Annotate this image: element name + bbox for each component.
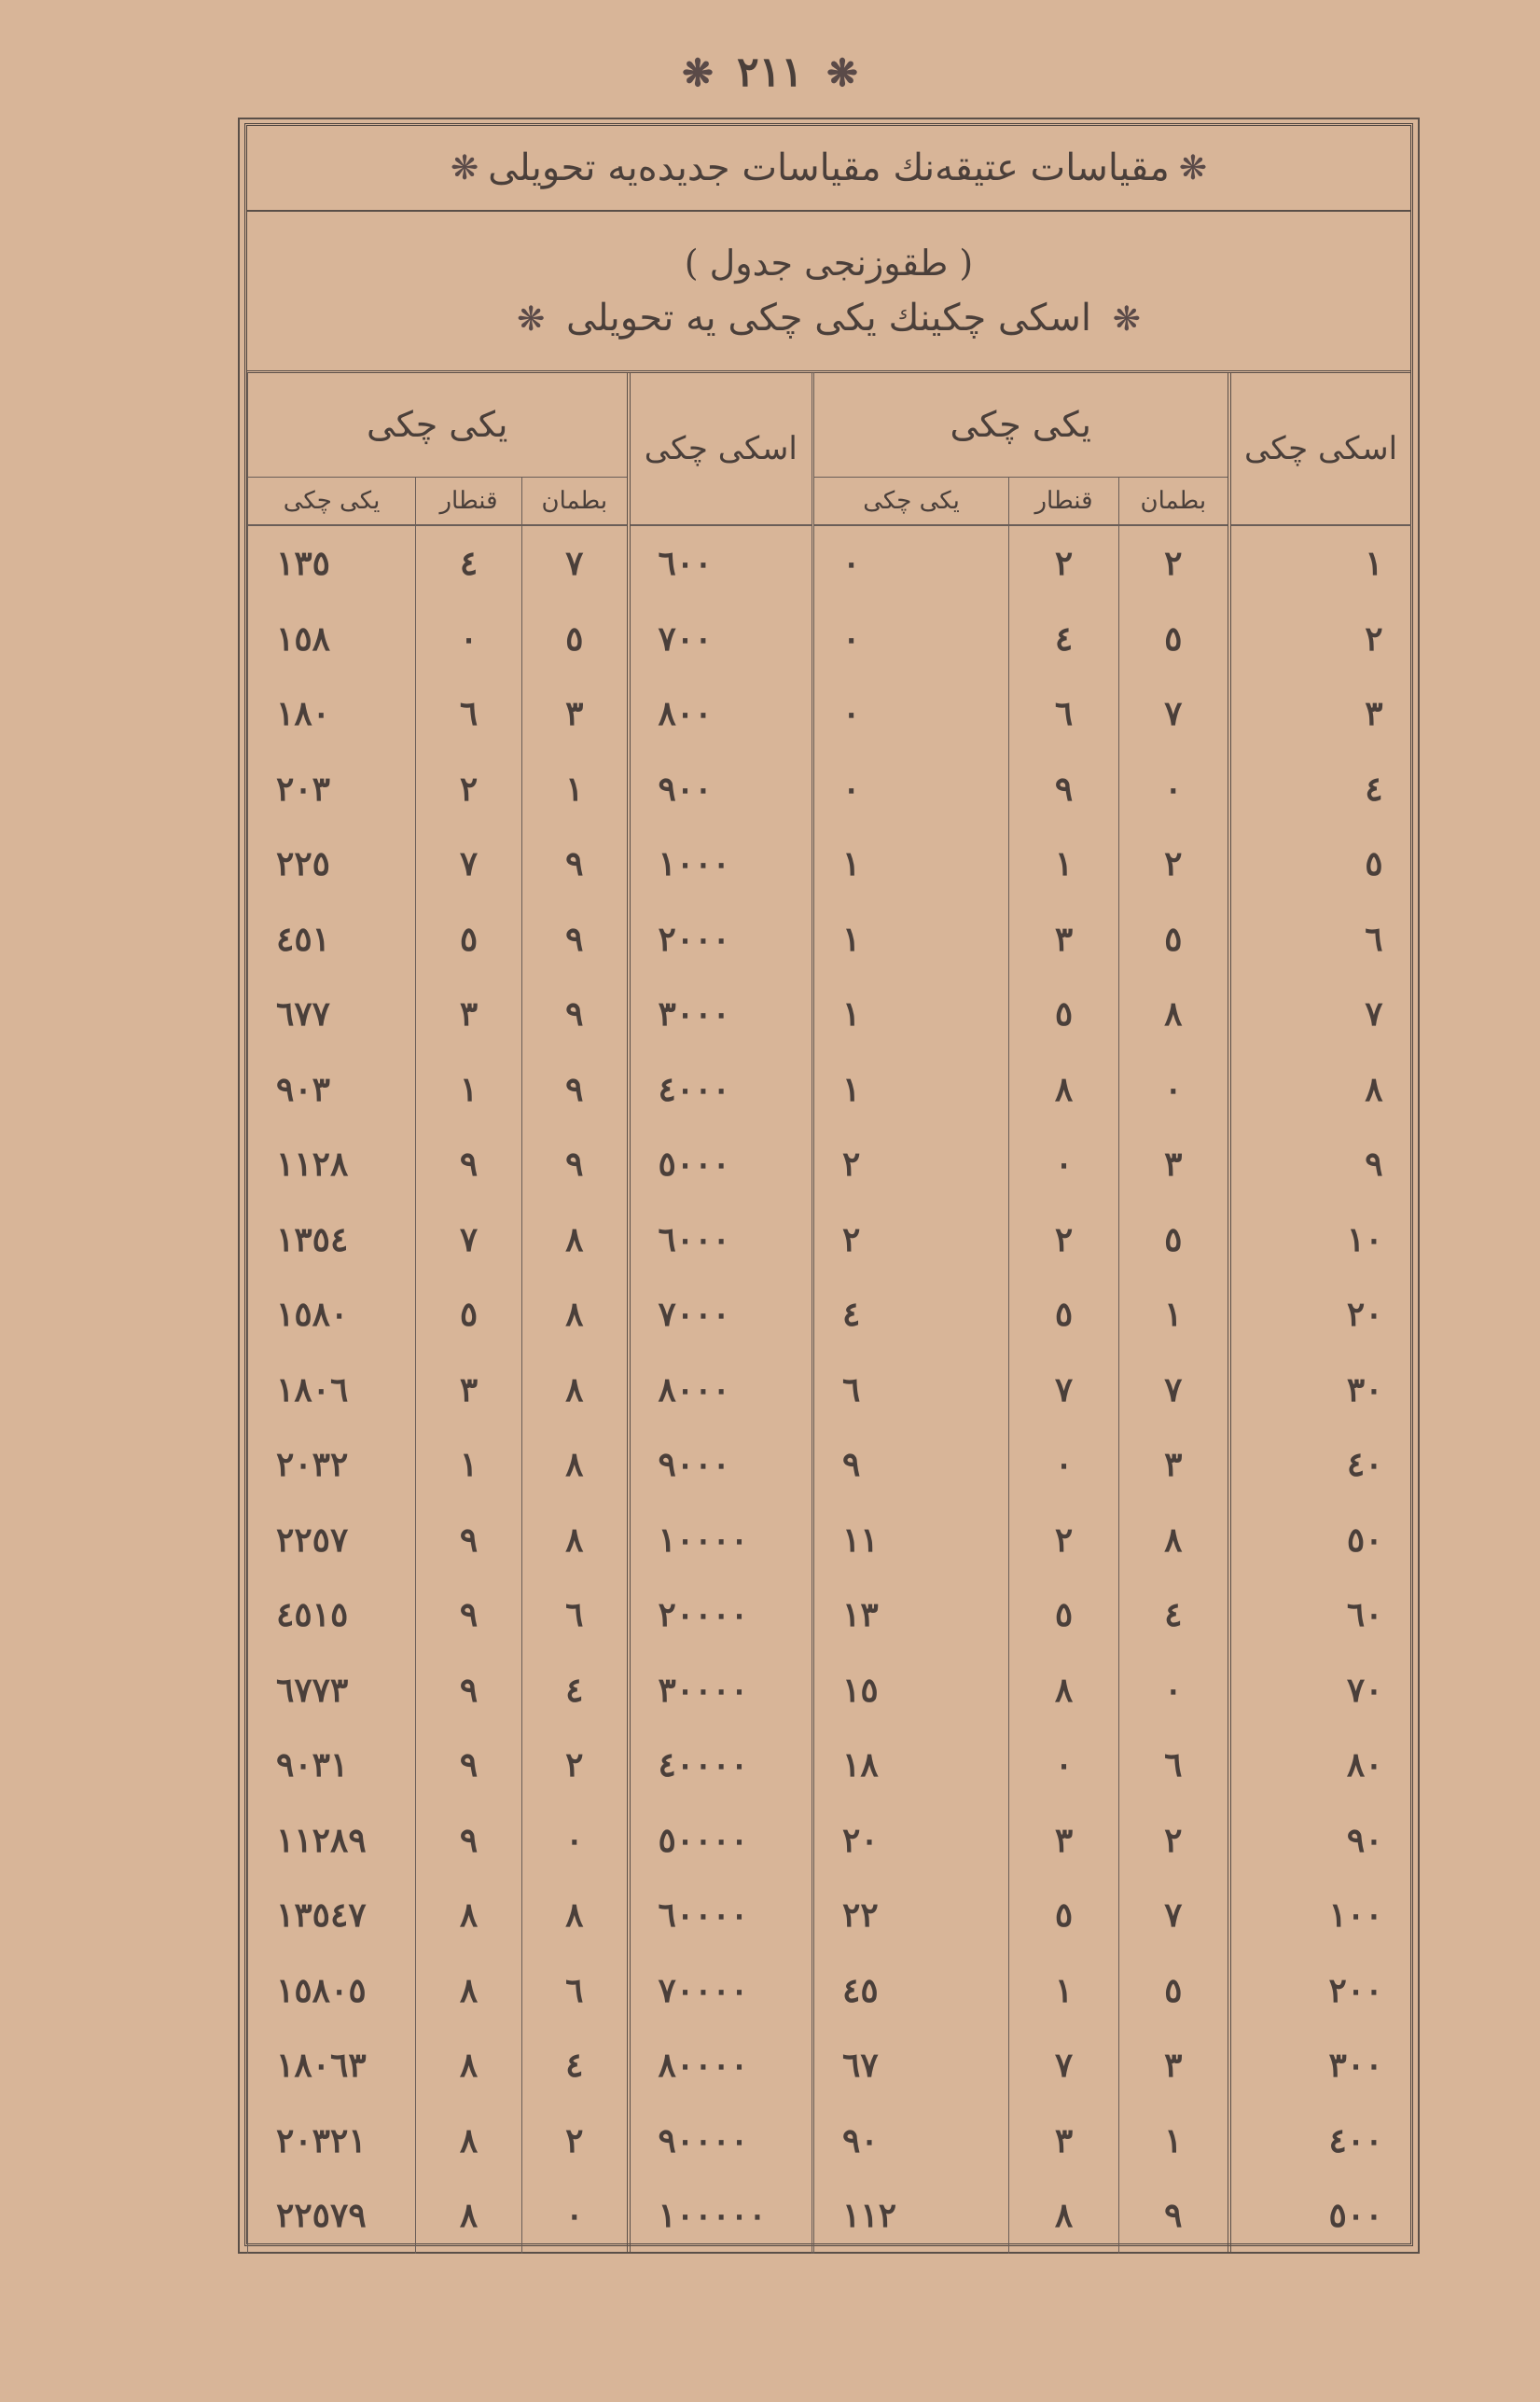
cell-new-cheki-b: ٤٥١	[248, 902, 416, 978]
cell-old-cheki-a: ١	[1229, 525, 1411, 602]
cell-old-cheki-b: ١٠٠٠	[629, 826, 813, 902]
cell-new-cheki-a: ١	[813, 902, 1009, 978]
cell-kantar-b: ٢	[416, 752, 522, 827]
ornament-icon: ❋	[451, 149, 479, 187]
cell-batman-a: ٧	[1119, 1353, 1229, 1428]
cell-batman-b: ٨	[522, 1353, 629, 1428]
cell-new-cheki-b: ١١٢٨	[248, 1127, 416, 1202]
cell-batman-a: ٨	[1119, 1503, 1229, 1578]
cell-new-cheki-a: ١	[813, 826, 1009, 902]
header-batman-b: بطمان	[522, 478, 629, 526]
table-row: ١٢٢٠٦٠٠٧٤١٣٥	[248, 525, 1411, 602]
table-row: ٢٠١٥٤٧٠٠٠٨٥١٥٨٠	[248, 1277, 1411, 1353]
table-row: ١٠٠٧٥٢٢٦٠٠٠٠٨٨١٣٥٤٧	[248, 1878, 1411, 1953]
cell-kantar-b: ٩	[416, 1127, 522, 1202]
cell-new-cheki-a: ١	[813, 977, 1009, 1052]
table-label: ( طقوزنجی جدول )	[685, 243, 974, 284]
cell-kantar-b: ٩	[416, 1728, 522, 1803]
cell-batman-a: ١	[1119, 1277, 1229, 1353]
table-row: ٣٠٧٧٦٨٠٠٠٨٣١٨٠٦	[248, 1353, 1411, 1428]
cell-old-cheki-b: ٤٠٠٠	[629, 1052, 813, 1128]
cell-batman-b: ٨	[522, 1202, 629, 1278]
conversion-table-frame: ❋ مقیاسات عتیقه‌نك مقیاسات جدیده‌یه تحوی…	[244, 123, 1413, 2246]
cell-old-cheki-a: ٢	[1229, 602, 1411, 677]
cell-kantar-a: ٥	[1009, 1577, 1119, 1653]
cell-kantar-b: ٩	[416, 1503, 522, 1578]
table-row: ٦٠٤٥١٣٢٠٠٠٠٦٩٤٥١٥	[248, 1577, 1411, 1653]
cell-new-cheki-a: ٠	[813, 602, 1009, 677]
cell-new-cheki-b: ١١٢٨٩	[248, 1803, 416, 1879]
cell-kantar-a: ٣	[1009, 2103, 1119, 2179]
cell-kantar-a: ٦	[1009, 676, 1119, 752]
cell-batman-a: ٣	[1119, 1127, 1229, 1202]
cell-batman-a: ٥	[1119, 1953, 1229, 2029]
table-row: ٢٥٤٠٧٠٠٥٠١٥٨	[248, 602, 1411, 677]
cell-batman-a: ٠	[1119, 1052, 1229, 1128]
cell-new-cheki-b: ٢٢٥٧	[248, 1503, 416, 1578]
table-row: ٧٨٥١٣٠٠٠٩٣٦٧٧	[248, 977, 1411, 1052]
cell-kantar-b: ٩	[416, 1577, 522, 1653]
cell-batman-a: ٥	[1119, 1202, 1229, 1278]
cell-kantar-b: ٥	[416, 902, 522, 978]
cell-kantar-b: ٨	[416, 1953, 522, 2029]
ornament-icon: ❋	[1113, 300, 1141, 339]
cell-kantar-b: ١	[416, 1427, 522, 1503]
cell-kantar-a: ٥	[1009, 977, 1119, 1052]
cell-old-cheki-a: ٧	[1229, 977, 1411, 1052]
cell-new-cheki-b: ١٥٨٠٥	[248, 1953, 416, 2029]
cell-kantar-b: ٤	[416, 525, 522, 602]
cell-old-cheki-a: ٨	[1229, 1052, 1411, 1128]
cell-kantar-a: ٨	[1009, 2178, 1119, 2254]
cell-batman-a: ٠	[1119, 752, 1229, 827]
cell-new-cheki-b: ١٣٥٤٧	[248, 1878, 416, 1953]
conversion-table: اسکی چکی یکی چکی اسکی چکی یکی چکی بطمان …	[247, 372, 1411, 2254]
cell-kantar-b: ٦	[416, 676, 522, 752]
cell-kantar-b: ٥	[416, 1277, 522, 1353]
cell-old-cheki-b: ٧٠٠٠	[629, 1277, 813, 1353]
cell-batman-b: ٦	[522, 1577, 629, 1653]
cell-kantar-b: ٧	[416, 826, 522, 902]
cell-batman-a: ٥	[1119, 602, 1229, 677]
table-row: ٣٧٦٠٨٠٠٣٦١٨٠	[248, 676, 1411, 752]
cell-batman-b: ٨	[522, 1503, 629, 1578]
cell-batman-b: ٩	[522, 1127, 629, 1202]
cell-batman-a: ٢	[1119, 826, 1229, 902]
cell-batman-b: ٢	[522, 2103, 629, 2179]
cell-batman-b: ٤	[522, 1653, 629, 1729]
cell-batman-b: ٦	[522, 1953, 629, 2029]
cell-new-cheki-a: ٦	[813, 1353, 1009, 1428]
cell-kantar-b: ٧	[416, 1202, 522, 1278]
table-subtitle-band: ( طقوزنجی جدول ) ❋ اسکی چکینك یکی چکی یه…	[247, 212, 1410, 373]
cell-old-cheki-b: ٩٠٠٠	[629, 1427, 813, 1503]
cell-old-cheki-a: ٣٠	[1229, 1353, 1411, 1428]
cell-old-cheki-a: ٢٠٠	[1229, 1953, 1411, 2029]
table-title: ❋ مقیاسات عتیقه‌نك مقیاسات جدیده‌یه تحوی…	[247, 126, 1410, 212]
cell-kantar-b: ٣	[416, 977, 522, 1052]
cell-new-cheki-a: ٠	[813, 525, 1009, 602]
cell-old-cheki-a: ٨٠	[1229, 1728, 1411, 1803]
cell-batman-b: ٤	[522, 2028, 629, 2103]
cell-old-cheki-b: ٦٠٠٠	[629, 1202, 813, 1278]
cell-old-cheki-b: ٨٠٠٠٠	[629, 2028, 813, 2103]
header-new-cheki-group-a: یکی چکی	[813, 372, 1229, 478]
cell-new-cheki-a: ٠	[813, 676, 1009, 752]
cell-old-cheki-a: ٦٠	[1229, 1577, 1411, 1653]
cell-batman-b: ٠	[522, 2178, 629, 2254]
cell-kantar-a: ٧	[1009, 1353, 1119, 1428]
cell-batman-b: ٩	[522, 826, 629, 902]
table-row: ٩٣٠٢٥٠٠٠٩٩١١٢٨	[248, 1127, 1411, 1202]
cell-kantar-a: ٢	[1009, 1202, 1119, 1278]
cell-new-cheki-a: ٠	[813, 752, 1009, 827]
cell-batman-a: ٣	[1119, 2028, 1229, 2103]
cell-batman-a: ٧	[1119, 676, 1229, 752]
cell-old-cheki-a: ٤٠٠	[1229, 2103, 1411, 2179]
table-row: ١٠٥٢٢٦٠٠٠٨٧١٣٥٤	[248, 1202, 1411, 1278]
cell-kantar-a: ٠	[1009, 1427, 1119, 1503]
table-row: ٨٠٨١٤٠٠٠٩١٩٠٣	[248, 1052, 1411, 1128]
cell-kantar-a: ٨	[1009, 1052, 1119, 1128]
header-old-cheki-a: اسکی چکی	[1229, 372, 1411, 525]
table-row: ٥٢١١١٠٠٠٩٧٢٢٥	[248, 826, 1411, 902]
cell-kantar-a: ٩	[1009, 752, 1119, 827]
ornament-icon: ❋	[517, 300, 545, 339]
cell-new-cheki-b: ٤٥١٥	[248, 1577, 416, 1653]
cell-old-cheki-a: ٧٠	[1229, 1653, 1411, 1729]
cell-old-cheki-b: ٩٠٠٠٠	[629, 2103, 813, 2179]
table-row: ٦٥٣١٢٠٠٠٩٥٤٥١	[248, 902, 1411, 978]
cell-old-cheki-b: ٨٠٠٠	[629, 1353, 813, 1428]
table-row: ٩٠٢٣٢٠٥٠٠٠٠٠٩١١٢٨٩	[248, 1803, 1411, 1879]
table-row: ٣٠٠٣٧٦٧٨٠٠٠٠٤٨١٨٠٦٣	[248, 2028, 1411, 2103]
cell-batman-b: ٨	[522, 1427, 629, 1503]
cell-batman-a: ٨	[1119, 977, 1229, 1052]
header-batman-a: بطمان	[1119, 478, 1229, 526]
cell-old-cheki-a: ٩٠	[1229, 1803, 1411, 1879]
cell-batman-b: ٩	[522, 1052, 629, 1128]
table-subtitle: ❋ اسکی چکینك یکی چکی یه تحویلی ❋	[507, 297, 1150, 340]
table-row: ٨٠٦٠١٨٤٠٠٠٠٢٩٩٠٣١	[248, 1728, 1411, 1803]
cell-new-cheki-a: ٢٢	[813, 1878, 1009, 1953]
header-new-cheki-a: یکی چکی	[813, 478, 1009, 526]
cell-old-cheki-b: ٨٠٠	[629, 676, 813, 752]
cell-old-cheki-a: ٤	[1229, 752, 1411, 827]
cell-kantar-b: ٩	[416, 1653, 522, 1729]
header-kantar-a: قنطار	[1009, 478, 1119, 526]
cell-old-cheki-b: ٥٠٠٠٠	[629, 1803, 813, 1879]
cell-kantar-a: ٨	[1009, 1653, 1119, 1729]
cell-batman-a: ٩	[1119, 2178, 1229, 2254]
cell-kantar-b: ٩	[416, 1803, 522, 1879]
cell-new-cheki-b: ١٥٨٠	[248, 1277, 416, 1353]
cell-batman-a: ٢	[1119, 525, 1229, 602]
cell-kantar-a: ٢	[1009, 1503, 1119, 1578]
table-row: ٤٠٣٠٩٩٠٠٠٨١٢٠٣٢	[248, 1427, 1411, 1503]
cell-batman-b: ٥	[522, 602, 629, 677]
cell-batman-a: ٧	[1119, 1878, 1229, 1953]
cell-kantar-a: ٢	[1009, 525, 1119, 602]
cell-kantar-b: ٠	[416, 602, 522, 677]
cell-batman-b: ٣	[522, 676, 629, 752]
header-kantar-b: قنطار	[416, 478, 522, 526]
cell-kantar-a: ٣	[1009, 902, 1119, 978]
cell-new-cheki-b: ٢٢٥٧٩	[248, 2178, 416, 2254]
cell-new-cheki-b: ١٥٨	[248, 602, 416, 677]
cell-old-cheki-a: ٩	[1229, 1127, 1411, 1202]
ornament-icon: ❋	[826, 51, 858, 95]
cell-old-cheki-b: ١٠٠٠٠٠	[629, 2178, 813, 2254]
cell-kantar-a: ٠	[1009, 1728, 1119, 1803]
cell-batman-b: ٧	[522, 525, 629, 602]
cell-batman-a: ١	[1119, 2103, 1229, 2179]
cell-batman-a: ٢	[1119, 1803, 1229, 1879]
cell-new-cheki-b: ٢٠٣	[248, 752, 416, 827]
cell-new-cheki-b: ٢٠٣٢١	[248, 2103, 416, 2179]
cell-new-cheki-a: ١٣	[813, 1577, 1009, 1653]
cell-new-cheki-b: ١٣٥	[248, 525, 416, 602]
cell-old-cheki-a: ٥	[1229, 826, 1411, 902]
cell-old-cheki-b: ٥٠٠٠	[629, 1127, 813, 1202]
cell-kantar-b: ٨	[416, 2028, 522, 2103]
table-row: ٤٠٩٠٩٠٠١٢٢٠٣	[248, 752, 1411, 827]
cell-new-cheki-b: ١٣٥٤	[248, 1202, 416, 1278]
cell-new-cheki-b: ٢٠٣٢	[248, 1427, 416, 1503]
cell-old-cheki-b: ٤٠٠٠٠	[629, 1728, 813, 1803]
header-old-cheki-b: اسکی چکی	[629, 372, 813, 525]
cell-kantar-b: ٣	[416, 1353, 522, 1428]
cell-new-cheki-a: ٢	[813, 1202, 1009, 1278]
cell-batman-b: ٠	[522, 1803, 629, 1879]
cell-new-cheki-a: ١	[813, 1052, 1009, 1128]
cell-kantar-b: ٨	[416, 1878, 522, 1953]
cell-new-cheki-a: ١٨	[813, 1728, 1009, 1803]
cell-old-cheki-a: ١٠	[1229, 1202, 1411, 1278]
ornament-icon: ❋	[1179, 149, 1207, 187]
cell-kantar-a: ٠	[1009, 1127, 1119, 1202]
cell-old-cheki-a: ٦	[1229, 902, 1411, 978]
cell-new-cheki-a: ٢٠	[813, 1803, 1009, 1879]
table-row: ٤٠٠١٣٩٠٩٠٠٠٠٢٨٢٠٣٢١	[248, 2103, 1411, 2179]
cell-batman-a: ٠	[1119, 1653, 1229, 1729]
cell-kantar-a: ٤	[1009, 602, 1119, 677]
cell-kantar-a: ١	[1009, 1953, 1119, 2029]
cell-new-cheki-a: ٩٠	[813, 2103, 1009, 2179]
cell-old-cheki-b: ٣٠٠٠٠	[629, 1653, 813, 1729]
cell-old-cheki-a: ١٠٠	[1229, 1878, 1411, 1953]
cell-batman-b: ١	[522, 752, 629, 827]
cell-kantar-a: ٣	[1009, 1803, 1119, 1879]
table-row: ٥٠٠٩٨١١٢١٠٠٠٠٠٠٨٢٢٥٧٩	[248, 2178, 1411, 2254]
cell-batman-b: ٢	[522, 1728, 629, 1803]
cell-old-cheki-b: ٢٠٠٠	[629, 902, 813, 978]
cell-batman-a: ٦	[1119, 1728, 1229, 1803]
cell-old-cheki-b: ٦٠٠٠٠	[629, 1878, 813, 1953]
cell-old-cheki-a: ٣	[1229, 676, 1411, 752]
cell-old-cheki-b: ٧٠٠	[629, 602, 813, 677]
cell-kantar-b: ٨	[416, 2178, 522, 2254]
ornament-icon: ❋	[682, 51, 714, 95]
cell-new-cheki-b: ١٨٠٦	[248, 1353, 416, 1428]
cell-old-cheki-b: ٣٠٠٠	[629, 977, 813, 1052]
cell-new-cheki-a: ١١٢	[813, 2178, 1009, 2254]
page-number-text: ٢١١	[737, 49, 803, 96]
cell-new-cheki-b: ١٨٠٦٣	[248, 2028, 416, 2103]
cell-batman-a: ٣	[1119, 1427, 1229, 1503]
cell-new-cheki-a: ١١	[813, 1503, 1009, 1578]
table-row: ٥٠٨٢١١١٠٠٠٠٨٩٢٢٥٧	[248, 1503, 1411, 1578]
cell-old-cheki-b: ٢٠٠٠٠	[629, 1577, 813, 1653]
cell-batman-b: ٩	[522, 902, 629, 978]
cell-new-cheki-b: ٩٠٣١	[248, 1728, 416, 1803]
table-row: ٧٠٠٨١٥٣٠٠٠٠٤٩٦٧٧٣	[248, 1653, 1411, 1729]
cell-old-cheki-a: ٥٠	[1229, 1503, 1411, 1578]
cell-old-cheki-b: ٦٠٠	[629, 525, 813, 602]
cell-new-cheki-a: ١٥	[813, 1653, 1009, 1729]
cell-kantar-a: ٥	[1009, 1878, 1119, 1953]
cell-old-cheki-a: ٥٠٠	[1229, 2178, 1411, 2254]
table-title-text: مقیاسات عتیقه‌نك مقیاسات جدیده‌یه تحویلی	[488, 146, 1170, 189]
cell-new-cheki-b: ٦٧٧٣	[248, 1653, 416, 1729]
cell-new-cheki-a: ٩	[813, 1427, 1009, 1503]
cell-old-cheki-a: ٣٠٠	[1229, 2028, 1411, 2103]
cell-batman-b: ٨	[522, 1878, 629, 1953]
cell-new-cheki-b: ١٨٠	[248, 676, 416, 752]
cell-kantar-a: ٥	[1009, 1277, 1119, 1353]
cell-kantar-b: ٨	[416, 2103, 522, 2179]
cell-new-cheki-b: ٩٠٣	[248, 1052, 416, 1128]
cell-batman-a: ٤	[1119, 1577, 1229, 1653]
cell-kantar-a: ١	[1009, 826, 1119, 902]
cell-old-cheki-b: ٧٠٠٠٠	[629, 1953, 813, 2029]
cell-old-cheki-b: ٩٠٠	[629, 752, 813, 827]
cell-new-cheki-a: ٦٧	[813, 2028, 1009, 2103]
cell-new-cheki-a: ٤٥	[813, 1953, 1009, 2029]
cell-batman-a: ٥	[1119, 902, 1229, 978]
cell-new-cheki-a: ٢	[813, 1127, 1009, 1202]
table-body: ١٢٢٠٦٠٠٧٤١٣٥٢٥٤٠٧٠٠٥٠١٥٨٣٧٦٠٨٠٠٣٦١٨٠٤٠٩٠…	[248, 525, 1411, 2254]
table-subtitle-text: اسکی چکینك یکی چکی یه تحویلی	[566, 297, 1091, 340]
header-new-cheki-b: یکی چکی	[248, 478, 416, 526]
cell-new-cheki-a: ٤	[813, 1277, 1009, 1353]
page-number: ❋ ٢١١ ❋	[0, 49, 1540, 96]
cell-new-cheki-b: ٢٢٥	[248, 826, 416, 902]
cell-kantar-b: ١	[416, 1052, 522, 1128]
table-row: ٢٠٠٥١٤٥٧٠٠٠٠٦٨١٥٨٠٥	[248, 1953, 1411, 2029]
cell-old-cheki-b: ١٠٠٠٠	[629, 1503, 813, 1578]
cell-kantar-a: ٧	[1009, 2028, 1119, 2103]
cell-batman-b: ٨	[522, 1277, 629, 1353]
cell-new-cheki-b: ٦٧٧	[248, 977, 416, 1052]
cell-old-cheki-a: ٢٠	[1229, 1277, 1411, 1353]
cell-batman-b: ٩	[522, 977, 629, 1052]
cell-old-cheki-a: ٤٠	[1229, 1427, 1411, 1503]
header-new-cheki-group-b: یکی چکی	[248, 372, 629, 478]
